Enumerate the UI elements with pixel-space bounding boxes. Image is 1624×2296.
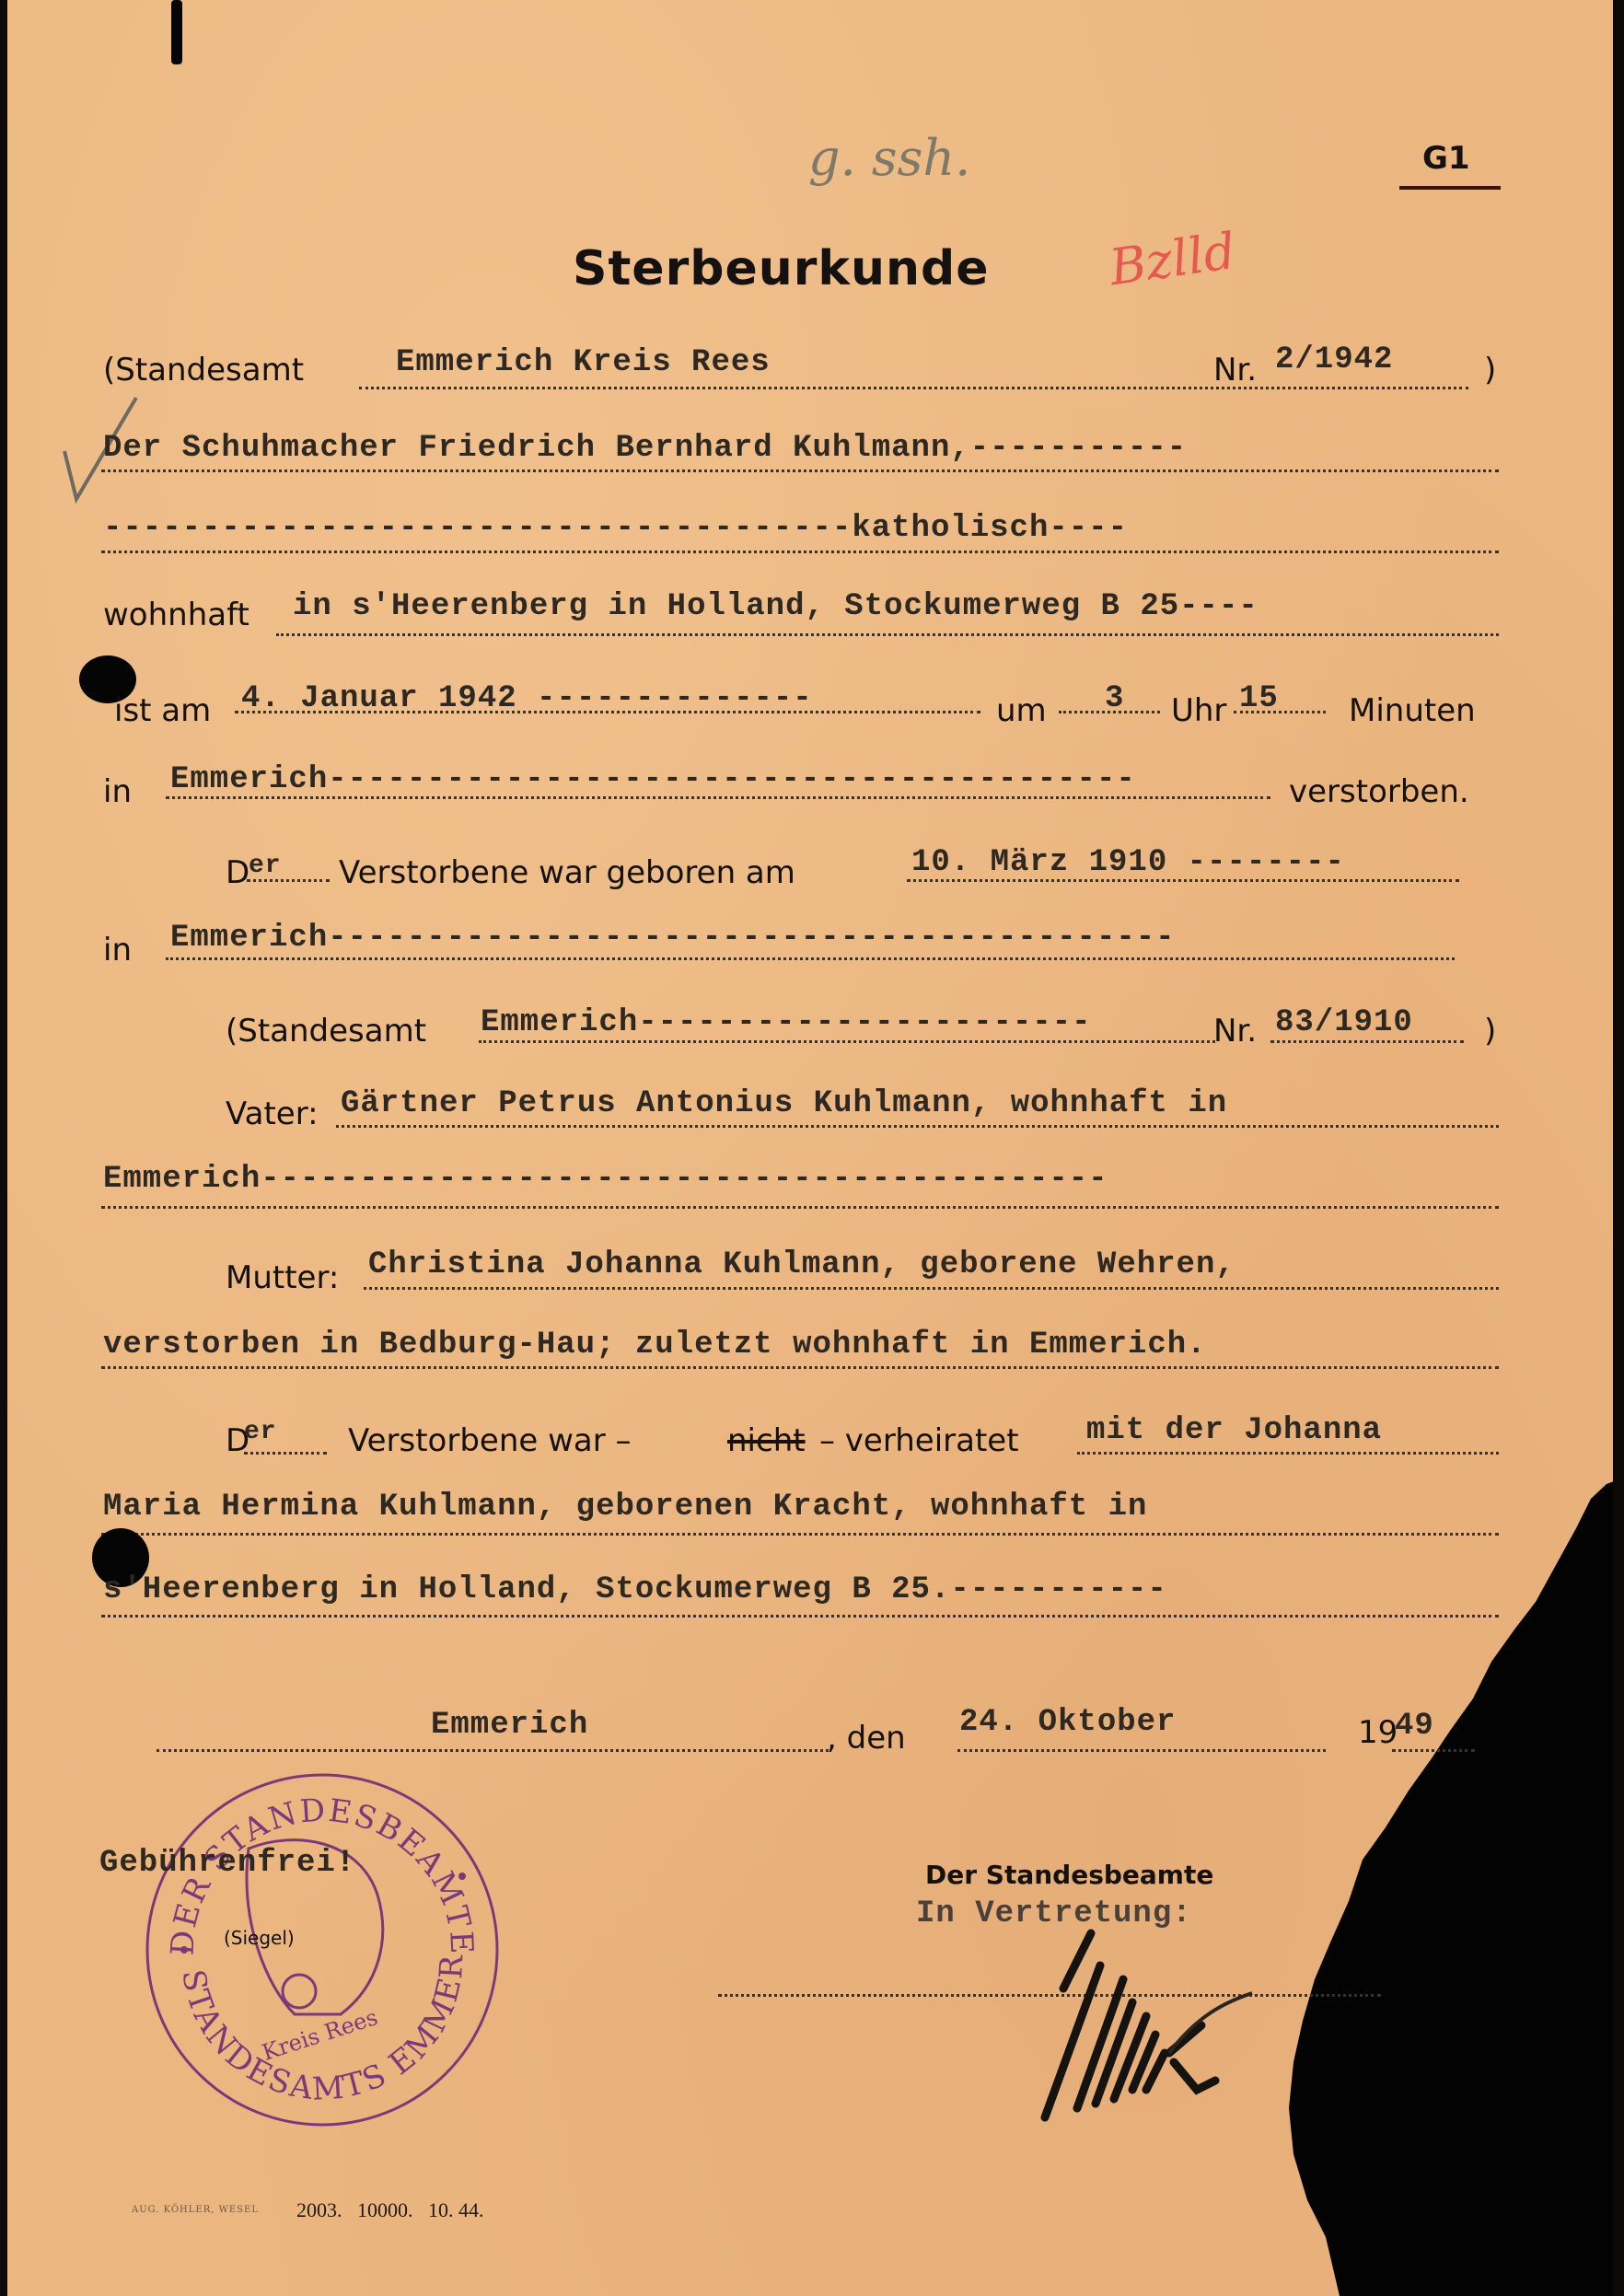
registry-close: ): [1484, 352, 1496, 388]
birth-sentence: Verstorbene war geboren am: [339, 854, 795, 891]
issuance-year-printed: 19: [1358, 1714, 1398, 1751]
birth-prefix-dotted: [247, 879, 330, 882]
registry-dotted-line: [359, 387, 1468, 389]
mother-label: Mutter:: [226, 1259, 339, 1296]
father-dotted-1: [336, 1125, 1499, 1128]
birth-registry-close: ): [1484, 1013, 1496, 1049]
handwritten-signature: [976, 1915, 1270, 2127]
birth-place-value: Emmerich--------------------------------…: [170, 921, 1176, 956]
form-code-underline: [1399, 186, 1501, 190]
verstorben-label: verstorben.: [1289, 773, 1469, 810]
fee-exempt-note: Gebührenfrei!: [99, 1846, 355, 1881]
minuten-label: Minuten: [1349, 692, 1476, 729]
death-date-dotted-line: [235, 711, 980, 713]
official-seal-stamp: DER STANDESBEAMTE DES STANDESAMTS EMMERI…: [138, 1766, 506, 2134]
residence-label: wohnhaft: [103, 597, 249, 633]
father-line1: Gärtner Petrus Antonius Kuhlmann, wohnha…: [341, 1086, 1227, 1121]
father-dotted-2: [101, 1206, 1499, 1209]
spouse-line3: s'Heerenberg in Holland, Stockumerweg B …: [103, 1572, 1167, 1607]
death-place-label: in: [103, 773, 132, 810]
marriage-prefix-typed: er: [244, 1418, 277, 1446]
birth-date-dotted: [907, 879, 1459, 882]
marriage-struck-word: nicht: [727, 1422, 806, 1459]
issuance-place-dotted: [157, 1749, 829, 1752]
birth-registry-dotted: [479, 1040, 1215, 1043]
birth-registry-label: (Standesamt: [226, 1013, 426, 1049]
birth-date: 10. März 1910 --------: [911, 845, 1345, 880]
birth-nr-label: Nr.: [1213, 1013, 1257, 1049]
issuance-year-dotted: [1392, 1749, 1475, 1752]
printer-imprint: AUG. KÖHLER, WESEL: [132, 2205, 259, 2215]
spouse-dotted-2: [101, 1533, 1499, 1536]
birth-nr-value: 83/1910: [1275, 1005, 1413, 1040]
registry-nr-label: Nr.: [1213, 352, 1257, 388]
birth-place-dotted: [166, 957, 1455, 960]
mother-line1: Christina Johanna Kuhlmann, geborene Weh…: [368, 1247, 1235, 1282]
residence-value: in s'Heerenberg in Holland, Stockumerweg…: [293, 589, 1259, 624]
birth-nr-dotted: [1270, 1040, 1464, 1043]
document-title: Sterbeurkunde: [573, 241, 990, 296]
mother-dotted-2: [101, 1366, 1499, 1369]
deceased-dotted-line: [101, 470, 1499, 472]
deceased-name-line: Der Schuhmacher Friedrich Bernhard Kuhlm…: [103, 431, 1187, 466]
spouse-line1: mit der Johanna: [1086, 1413, 1382, 1448]
death-place-value: Emmerich--------------------------------…: [170, 762, 1136, 797]
pencil-annotation: g. ssh.: [808, 129, 970, 187]
issuance-date: 24. Oktober: [959, 1705, 1176, 1740]
form-code: G1: [1422, 140, 1470, 177]
registry-value: Emmerich Kreis Rees: [396, 345, 771, 380]
death-place-dotted-line: [166, 796, 1270, 799]
um-label: um: [996, 692, 1047, 729]
mother-line2: verstorben in Bedburg-Hau; zuletzt wohnh…: [103, 1328, 1207, 1363]
residence-dotted-line: [276, 633, 1499, 636]
hour-dotted-line: [1059, 711, 1160, 713]
marriage-sentence-b: – verheiratet: [819, 1422, 1019, 1459]
marriage-prefix-dotted: [244, 1452, 327, 1455]
birth-prefix: D: [226, 854, 249, 891]
scan-edge: [0, 0, 7, 2296]
marriage-sentence-a: Verstorbene war –: [348, 1422, 632, 1459]
uhr-label: Uhr: [1171, 692, 1226, 729]
registrar-title: Der Standesbeamte: [925, 1860, 1213, 1890]
spouse-line2: Maria Hermina Kuhlmann, geborenen Kracht…: [103, 1490, 1147, 1525]
birth-place-label: in: [103, 932, 132, 968]
top-ink-mark: [171, 0, 182, 64]
issuance-date-dotted: [957, 1749, 1326, 1752]
registry-nr-value: 2/1942: [1275, 342, 1393, 377]
spouse-dotted-1: [1077, 1452, 1499, 1455]
deceased-religion-line: --------------------------------------ka…: [103, 511, 1128, 546]
seal-label: (Siegel): [224, 1927, 295, 1949]
print-code: 2003. 10000. 10. 44.: [296, 2198, 484, 2222]
religion-dotted-line: [101, 551, 1499, 553]
issuance-place: Emmerich: [431, 1708, 588, 1743]
father-label: Vater:: [226, 1096, 319, 1132]
minute-dotted-line: [1234, 711, 1326, 713]
death-date-label: ist am: [114, 692, 211, 729]
birth-registry-value: Emmerich-----------------------: [481, 1005, 1092, 1040]
mother-dotted-1: [364, 1287, 1499, 1290]
spouse-dotted-3: [101, 1615, 1499, 1618]
birth-prefix-typed: er: [249, 852, 282, 880]
issuance-year-typed: 49: [1395, 1709, 1434, 1744]
registry-label: (Standesamt: [103, 352, 304, 388]
father-line2: Emmerich--------------------------------…: [103, 1162, 1108, 1197]
issuance-den-label: , den: [827, 1720, 906, 1757]
